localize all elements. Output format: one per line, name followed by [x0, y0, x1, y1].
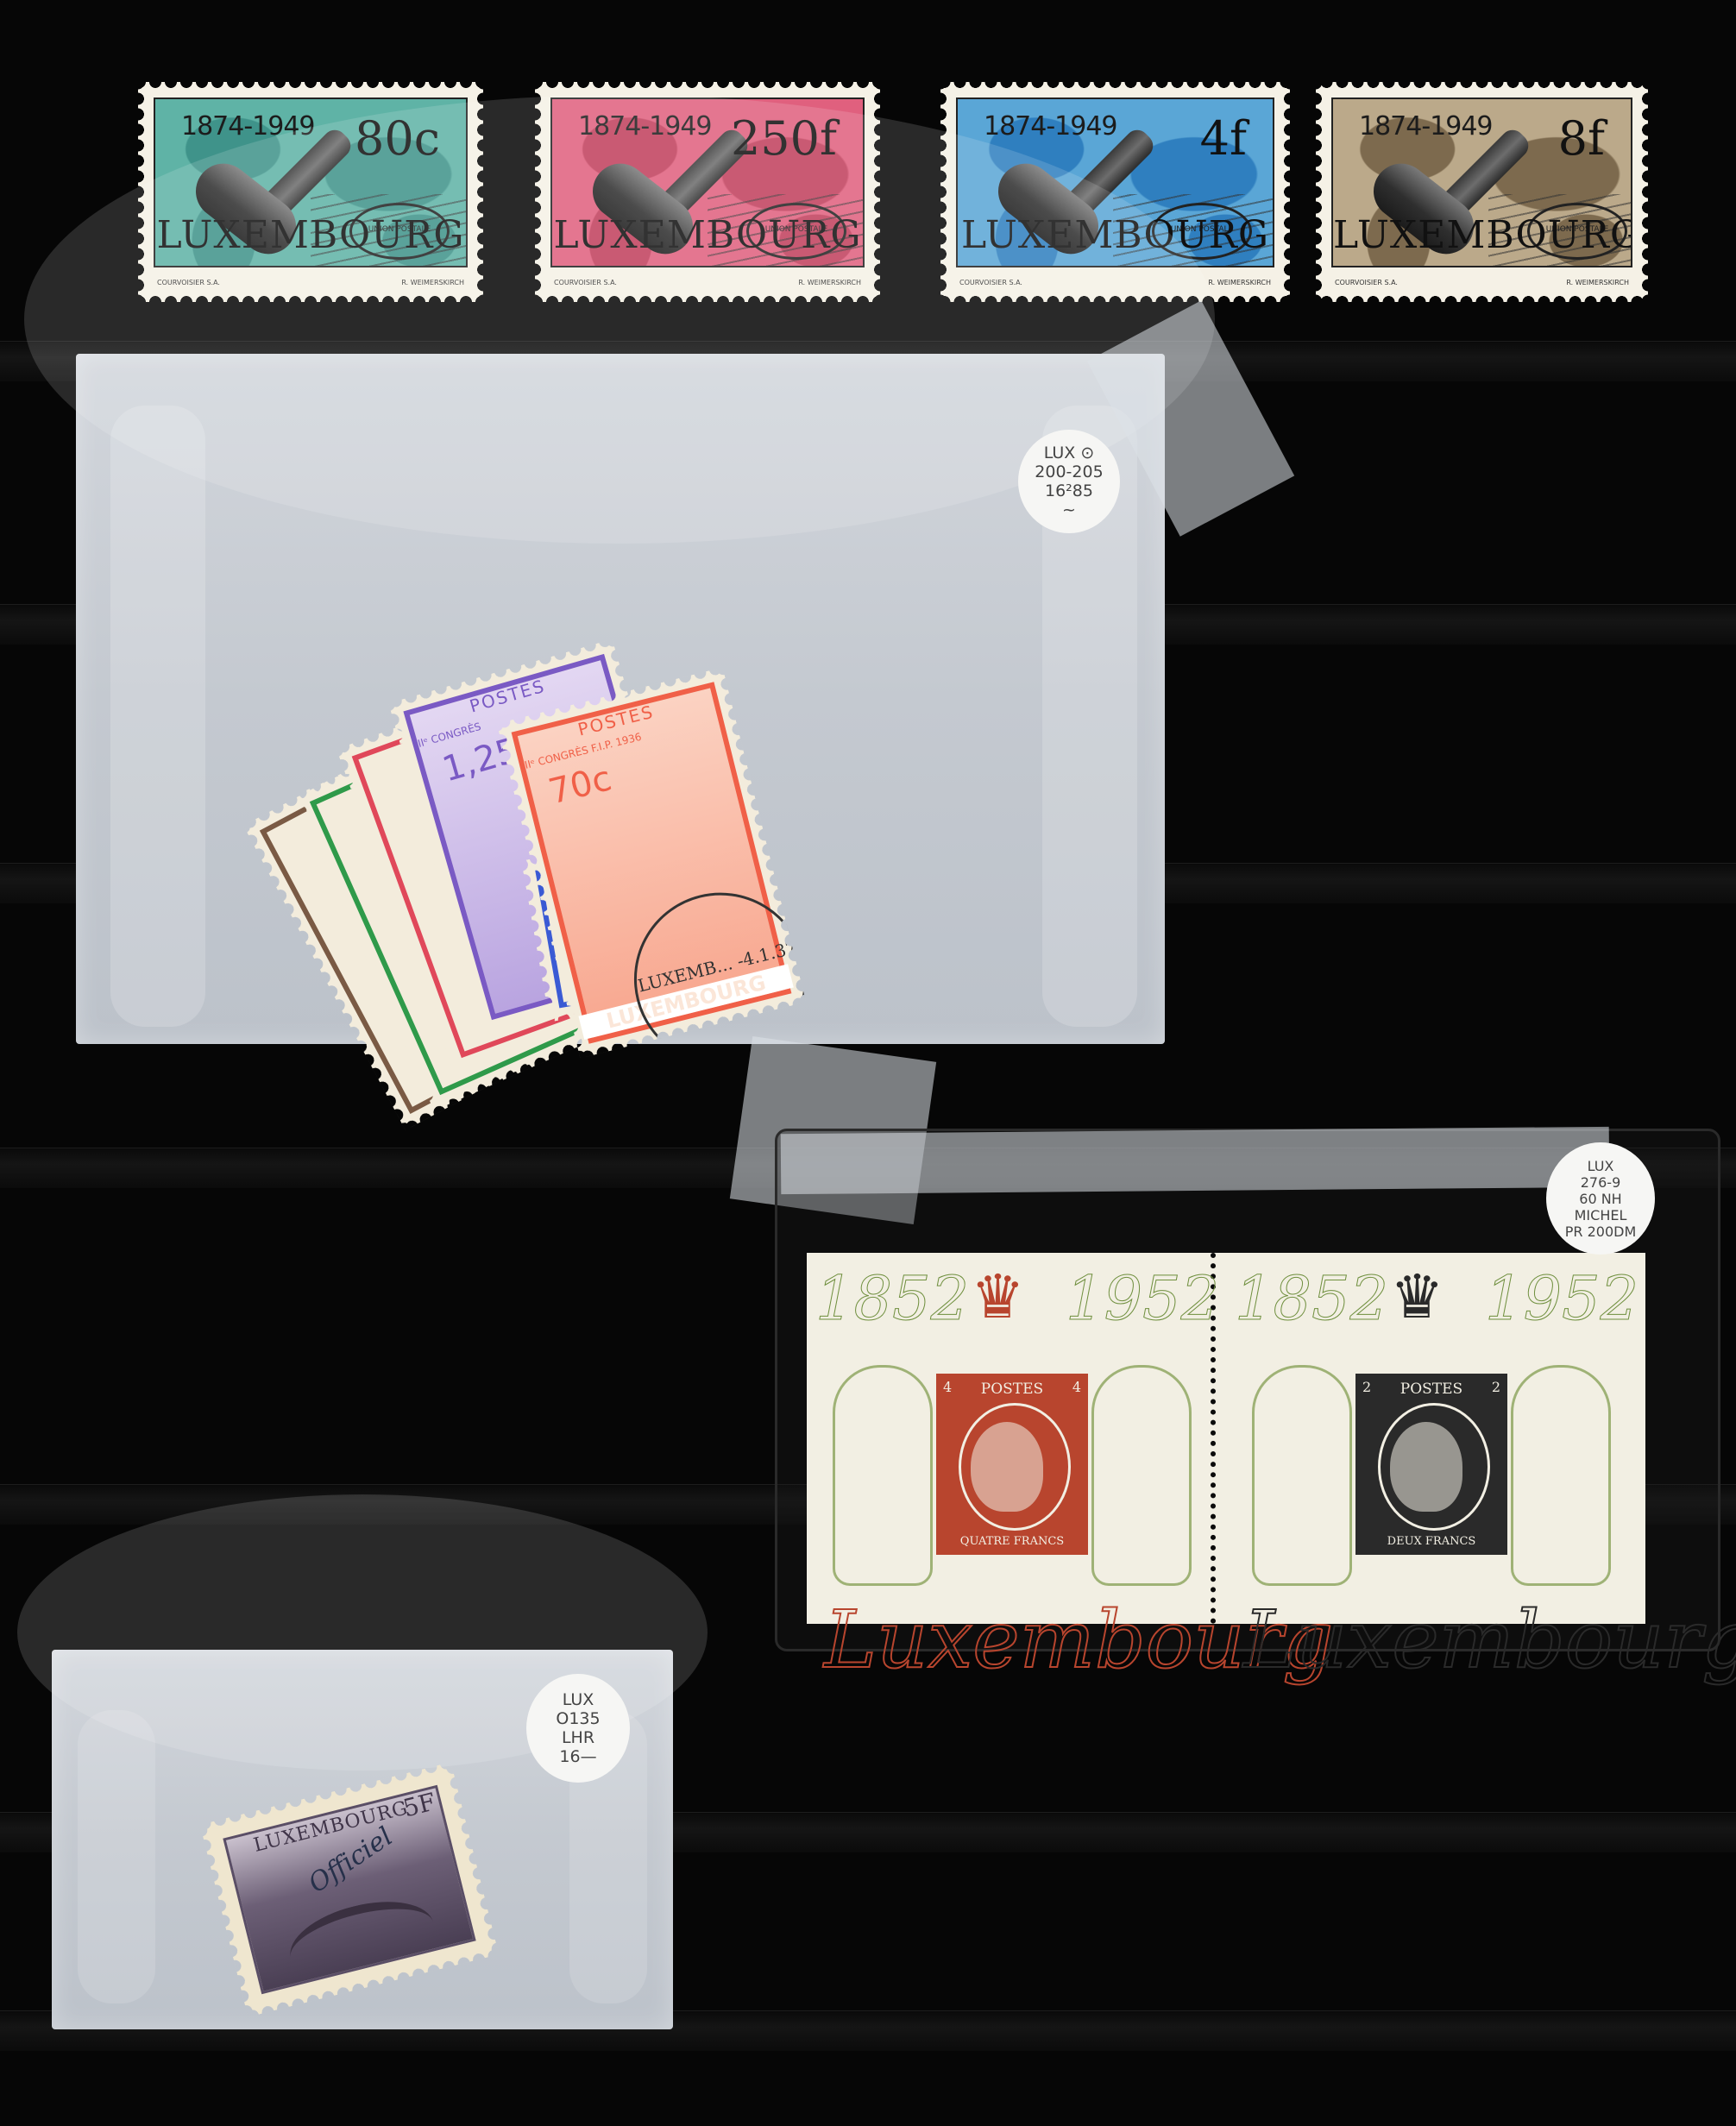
classic-stamp-reproduction: POSTES 2 2 DEUX FRANCS — [1355, 1374, 1507, 1555]
corner-value: 4 — [1072, 1379, 1081, 1395]
year-right: 1952 — [1485, 1263, 1639, 1334]
price-label: LUX ⊙ 200-205 16²85 ~ — [1018, 430, 1120, 533]
label-line: LHR — [526, 1728, 630, 1747]
label-line: 16²85 — [1018, 481, 1120, 500]
souvenir-sheet-pair[interactable]: 1852 ♛ 1952 POSTES 4 4 QUATRE FRANCS Lux… — [807, 1253, 1645, 1624]
denomination-text: DEUX FRANCS — [1355, 1535, 1507, 1548]
classic-stamp-reproduction: POSTES 4 4 QUATRE FRANCS — [936, 1374, 1088, 1555]
crown-icon: ♛ — [971, 1267, 1025, 1327]
denomination-text: QUATRE FRANCS — [936, 1535, 1088, 1548]
souvenir-sheet-left: 1852 ♛ 1952 POSTES 4 4 QUATRE FRANCS Lux… — [807, 1253, 1217, 1624]
label-line: ~ — [1018, 500, 1120, 519]
stamp-value: 8f — [1558, 111, 1605, 166]
year-left: 1852 — [1235, 1263, 1388, 1334]
souvenir-sheet-right: 1852 ♛ 1952 POSTES 2 2 DEUX FRANCS Luxem… — [1226, 1253, 1637, 1624]
year-right: 1952 — [1066, 1263, 1219, 1334]
stamp-years: 1874-1949 — [984, 111, 1117, 142]
stamp-header: POSTES — [1355, 1381, 1507, 1398]
price-label: LUX O135 LHR 16— — [526, 1674, 630, 1783]
portrait-icon — [1390, 1422, 1462, 1512]
ornament — [1091, 1365, 1192, 1586]
designer-imprint: R. WEIMERSKIRCH — [1208, 279, 1271, 286]
ornament — [1252, 1365, 1352, 1586]
ornament — [1511, 1365, 1611, 1586]
stamp-value: 5F — [400, 1787, 438, 1822]
stamp-header: POSTES — [936, 1381, 1088, 1398]
corner-value: 2 — [1362, 1379, 1371, 1395]
stamp-upu-3[interactable]: UNION POSTALE UNIVERSELLE 1874-1949 8f L… — [1316, 82, 1648, 302]
label-line: PR 200DM — [1546, 1223, 1655, 1240]
stamp-country: LUXEMBOURG — [1333, 213, 1631, 257]
label-line: O135 — [526, 1709, 630, 1728]
stamp-years: 1874-1949 — [1359, 111, 1493, 142]
label-line: 200-205 — [1018, 462, 1120, 481]
label-line: LUX — [526, 1690, 630, 1709]
label-line: LUX ⊙ — [1018, 443, 1120, 462]
corner-value: 4 — [943, 1379, 952, 1395]
label-line: 276-9 — [1546, 1174, 1655, 1191]
designer-imprint: R. WEIMERSKIRCH — [1566, 279, 1629, 286]
label-line: 16— — [526, 1747, 630, 1766]
label-line: MICHEL — [1546, 1207, 1655, 1223]
stamp-design: LUXEMBOURG 5F Officiel — [223, 1785, 475, 1994]
printer-imprint: COURVOISIER S.A. — [1335, 279, 1398, 286]
mount-flap — [781, 1127, 1610, 1194]
portrait-icon — [971, 1422, 1043, 1512]
year-left: 1852 — [815, 1263, 969, 1334]
stamp-design: UNION POSTALE UNIVERSELLE 1874-1949 8f L… — [1331, 97, 1632, 267]
label-line: LUX — [1546, 1158, 1655, 1174]
price-label: LUX 276-9 60 NH MICHEL PR 200DM — [1546, 1142, 1655, 1255]
stamp-value: 4f — [1200, 111, 1247, 166]
corner-value: 2 — [1492, 1379, 1500, 1395]
crown-icon: ♛ — [1390, 1267, 1444, 1327]
ornament — [833, 1365, 933, 1586]
label-line: 60 NH — [1546, 1191, 1655, 1207]
script-country: Luxembourg — [1243, 1594, 1736, 1686]
